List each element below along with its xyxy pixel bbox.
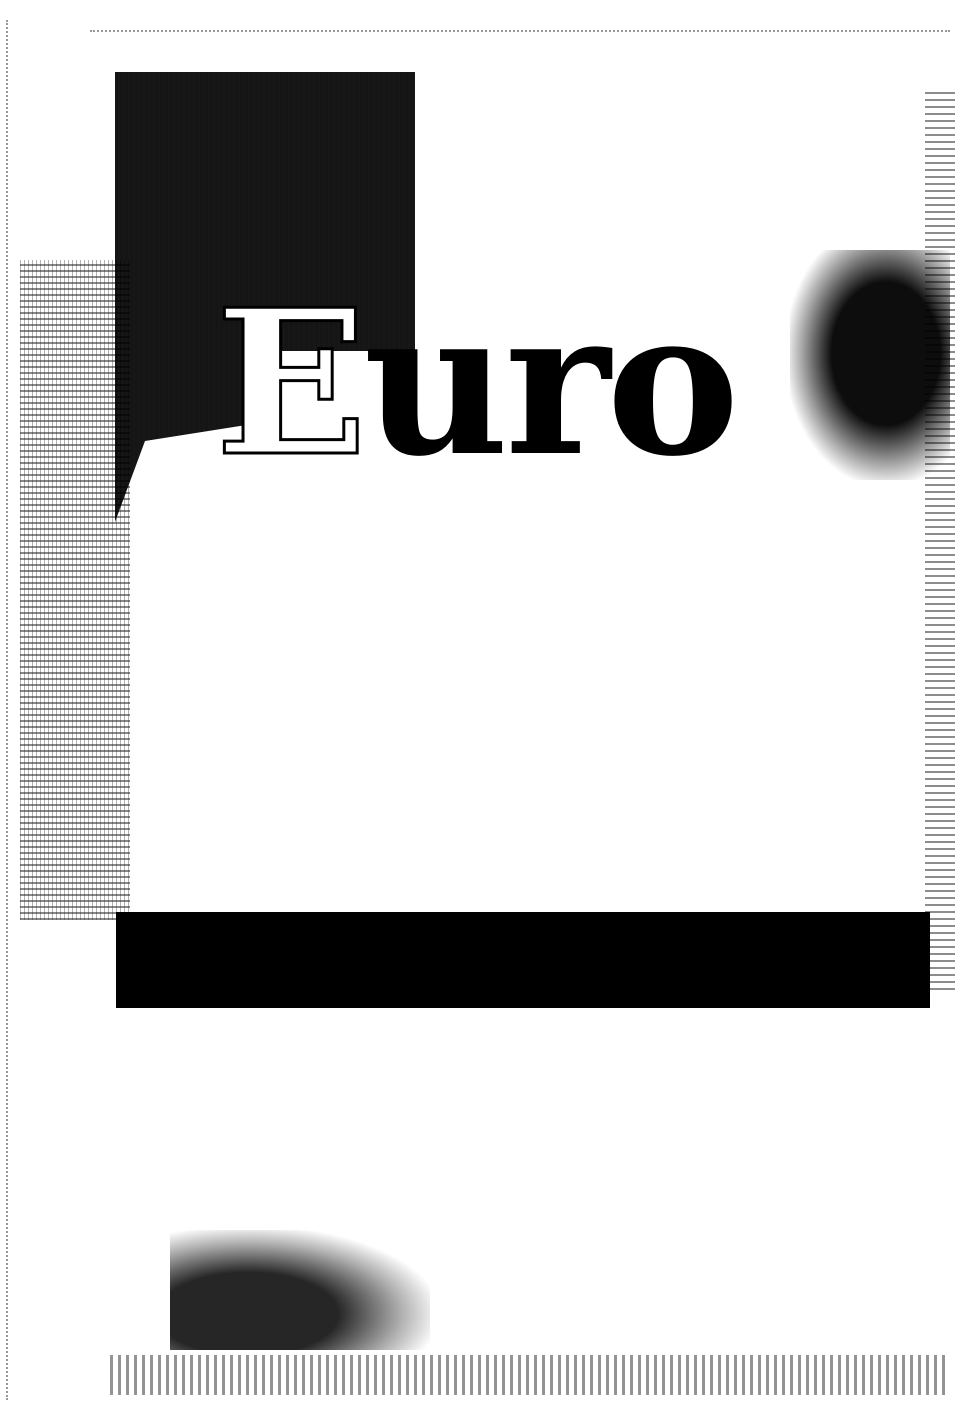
bottom-smudge xyxy=(170,1230,430,1350)
right-edge-noise xyxy=(925,90,955,990)
title-rest: uro xyxy=(363,266,735,501)
bottom-noise-band xyxy=(110,1355,950,1395)
scan-edge-noise-left xyxy=(6,20,12,1400)
scan-edge-noise-top xyxy=(90,30,950,38)
left-smudge xyxy=(20,260,130,920)
black-banner xyxy=(116,912,930,1008)
document-page: Euro xyxy=(0,0,967,1422)
cover-title: Euro xyxy=(215,284,736,484)
title-initial: E xyxy=(215,266,363,501)
